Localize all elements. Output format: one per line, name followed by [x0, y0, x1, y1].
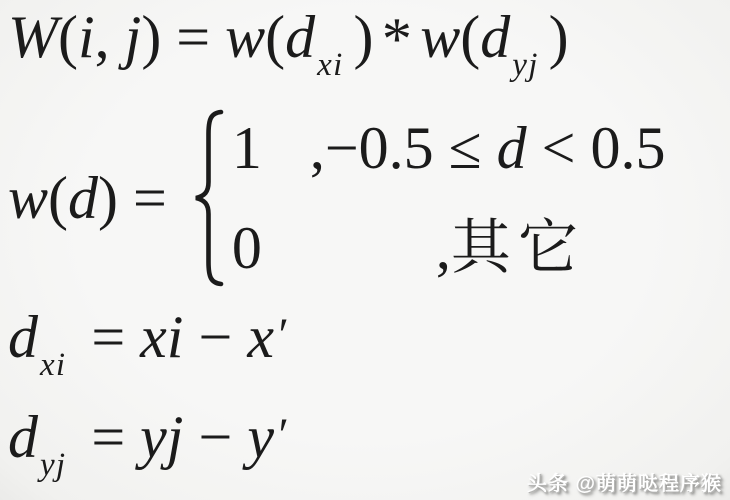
math-token: )	[98, 165, 118, 231]
math-token: d	[68, 165, 98, 231]
math-token: )	[141, 4, 161, 70]
case-row-2: 0 ,其它	[232, 212, 666, 284]
math-token: 0	[232, 215, 262, 281]
math-token: ,	[310, 115, 325, 181]
math-token: x	[247, 304, 274, 370]
math-token: ,	[436, 215, 451, 281]
math-token: 1	[232, 115, 262, 181]
case-2-condition: ,其它	[436, 212, 585, 284]
math-token: w	[8, 165, 48, 231]
math-token: xi	[140, 304, 183, 370]
math-token: d	[8, 404, 38, 470]
math-token: =	[161, 4, 225, 70]
math-token: < 0.5	[527, 115, 666, 181]
math-token: W	[8, 4, 58, 70]
math-token: d	[8, 304, 38, 370]
math-token: (	[265, 4, 285, 70]
math-token: ,	[95, 4, 125, 70]
math-token: w	[420, 4, 460, 70]
math-token: −	[183, 404, 247, 470]
math-token: )	[353, 4, 373, 70]
math-token: ′	[279, 409, 289, 461]
formula-sheet: W(i, j) = w(dxi)*w(dyj) w(d) = 1 ,−0.5 ≤…	[0, 0, 730, 500]
case-2-value: 0	[232, 212, 284, 284]
curly-brace-icon	[188, 108, 228, 288]
math-token: (	[58, 4, 78, 70]
math-token: =	[118, 165, 182, 231]
watermark: 头条 @萌萌哒程序猴	[527, 467, 722, 496]
case-row-1: 1 ,−0.5 ≤ d < 0.5	[232, 112, 666, 184]
math-token: yj	[512, 47, 538, 83]
math-token: −0.5 ≤	[325, 115, 497, 181]
math-token: xi	[40, 347, 66, 383]
math-token: yj	[140, 404, 183, 470]
math-token: xi	[317, 47, 343, 83]
math-token: (	[48, 165, 68, 231]
math-token: d	[497, 115, 527, 181]
math-token: i	[78, 4, 95, 70]
formula-dxi: dxi = xi − x′	[8, 300, 289, 384]
math-token: y	[247, 404, 274, 470]
case-1-value: 1	[232, 112, 284, 184]
math-token: =	[76, 304, 140, 370]
piecewise-lhs: w(d) =	[8, 161, 182, 235]
math-token: d	[480, 4, 510, 70]
math-token: =	[76, 404, 140, 470]
math-token: j	[125, 4, 142, 70]
math-token: 其它	[451, 215, 585, 281]
math-token: −	[183, 304, 247, 370]
math-token: *	[382, 6, 412, 72]
math-token: ′	[279, 309, 289, 361]
math-token: (	[460, 4, 480, 70]
math-token: )	[549, 4, 569, 70]
math-token: w	[225, 4, 265, 70]
formula-weight-product: W(i, j) = w(dxi)*w(dyj)	[8, 0, 569, 84]
math-token: yj	[40, 447, 66, 483]
math-token: d	[285, 4, 315, 70]
case-1-condition: ,−0.5 ≤ d < 0.5	[310, 112, 666, 184]
piecewise-cases: 1 ,−0.5 ≤ d < 0.5 0 ,其它	[232, 112, 666, 284]
formula-piecewise: w(d) = 1 ,−0.5 ≤ d < 0.5 0 ,其它	[8, 108, 665, 288]
formula-dyj: dyj = yj − y′	[8, 400, 289, 484]
